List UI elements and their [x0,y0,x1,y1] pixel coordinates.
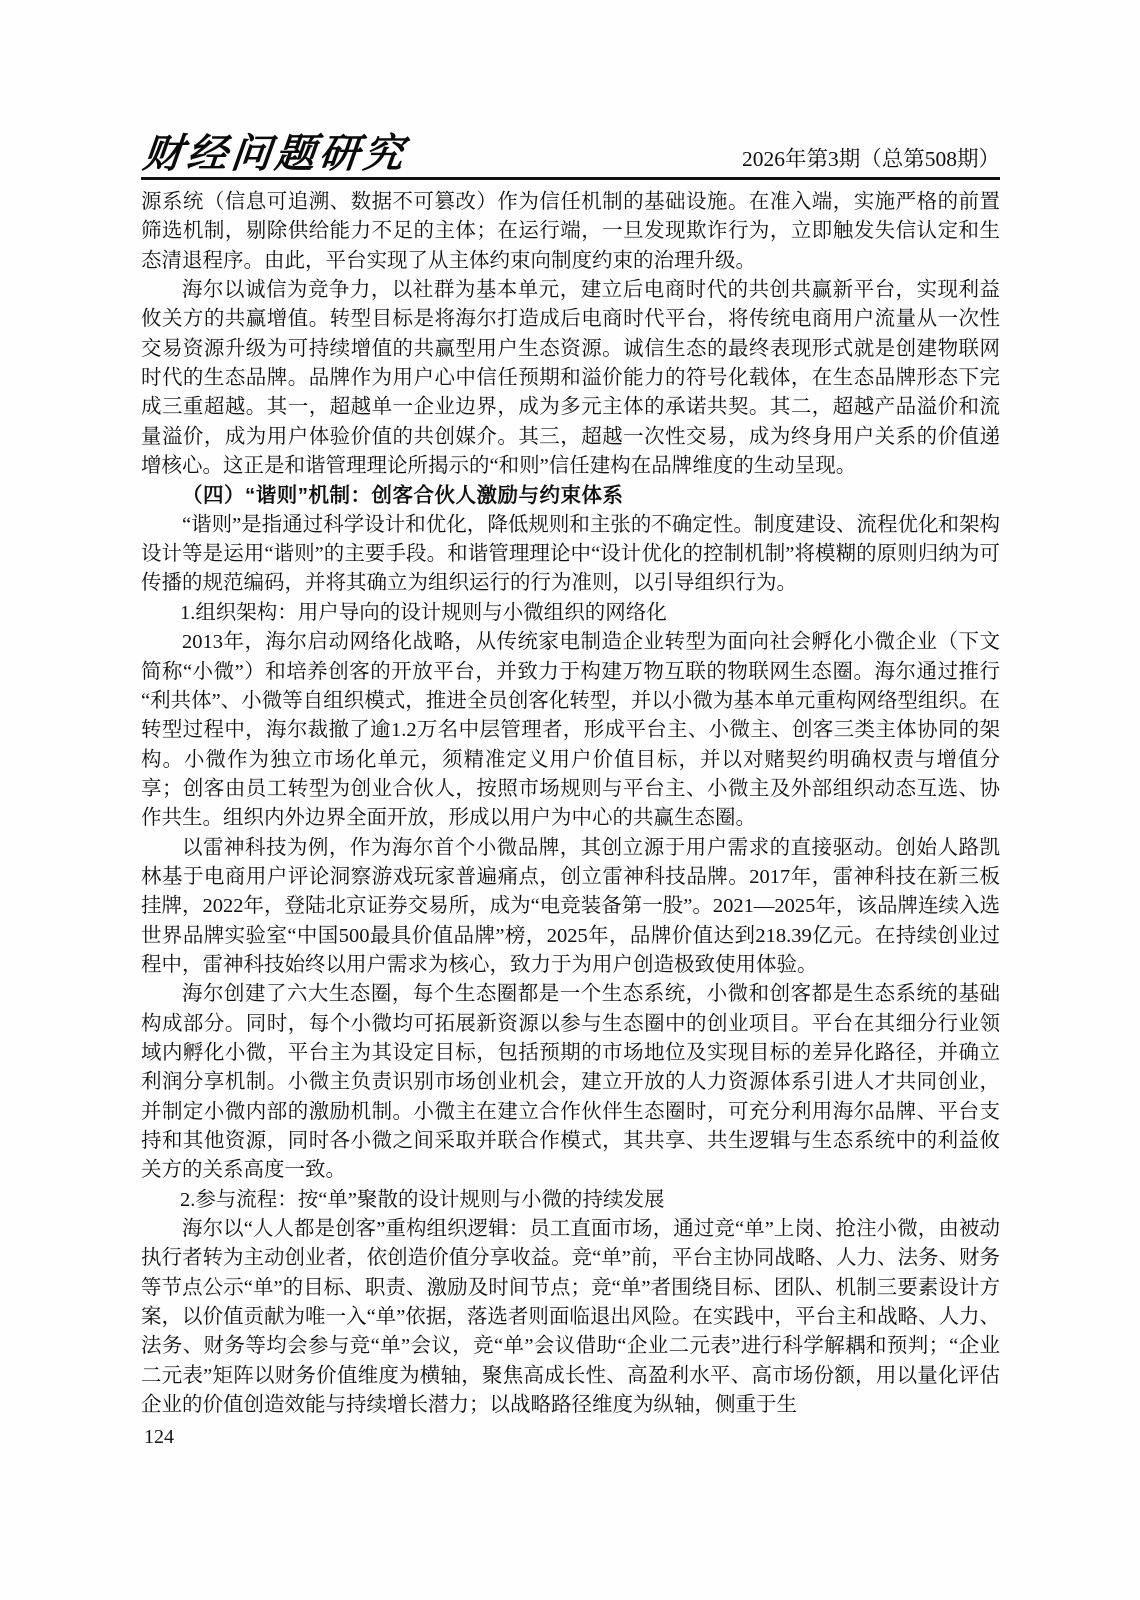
subsection-heading-2: 2.参与流程：按“单”聚散的设计规则与小微的持续发展 [141,1186,1000,1215]
journal-page: 财经问题研究 2026年第3期（总第508期） 源系统（信息可追溯、数据不可篡改… [0,0,1140,1600]
page-number: 124 [144,1426,174,1449]
section-heading: （四）“谐则”机制：创客合伙人激励与约束体系 [141,481,1000,510]
paragraph: “谐则”是指通过科学设计和优化，降低规则和主张的不确定性。制度建设、流程优化和架… [141,511,1000,599]
paragraph: 海尔以“人人都是创客”重构组织逻辑：员工直面市场，通过竞“单”上岗、抢注小微，由… [141,1215,1000,1420]
paragraph: 以雷神科技为例，作为海尔首个小微品牌，其创立源于用户需求的直接驱动。创始人路凯林… [141,834,1000,981]
article-body: 源系统（信息可追溯、数据不可篡改）作为信任机制的基础设施。在准入端，实施严格的前… [141,188,1000,1420]
paragraph: 海尔以诚信为竞争力，以社群为基本单元，建立后电商时代的共创共赢新平台，实现利益攸… [141,276,1000,481]
subsection-heading-1: 1.组织架构：用户导向的设计规则与小微组织的网络化 [141,599,1000,628]
paragraph: 海尔创建了六大生态圈，每个生态圈都是一个生态系统，小微和创客都是生态系统的基础构… [141,980,1000,1185]
issue-info: 2026年第3期（总第508期） [742,148,1000,174]
page-header: 财经问题研究 2026年第3期（总第508期） [141,126,1000,180]
paragraph-continuation: 源系统（信息可追溯、数据不可篡改）作为信任机制的基础设施。在准入端，实施严格的前… [141,188,1000,276]
journal-logo: 财经问题研究 [141,134,409,174]
paragraph: 2013年，海尔启动网络化战略，从传统家电制造企业转型为面向社会孵化小微企业（下… [141,628,1000,833]
